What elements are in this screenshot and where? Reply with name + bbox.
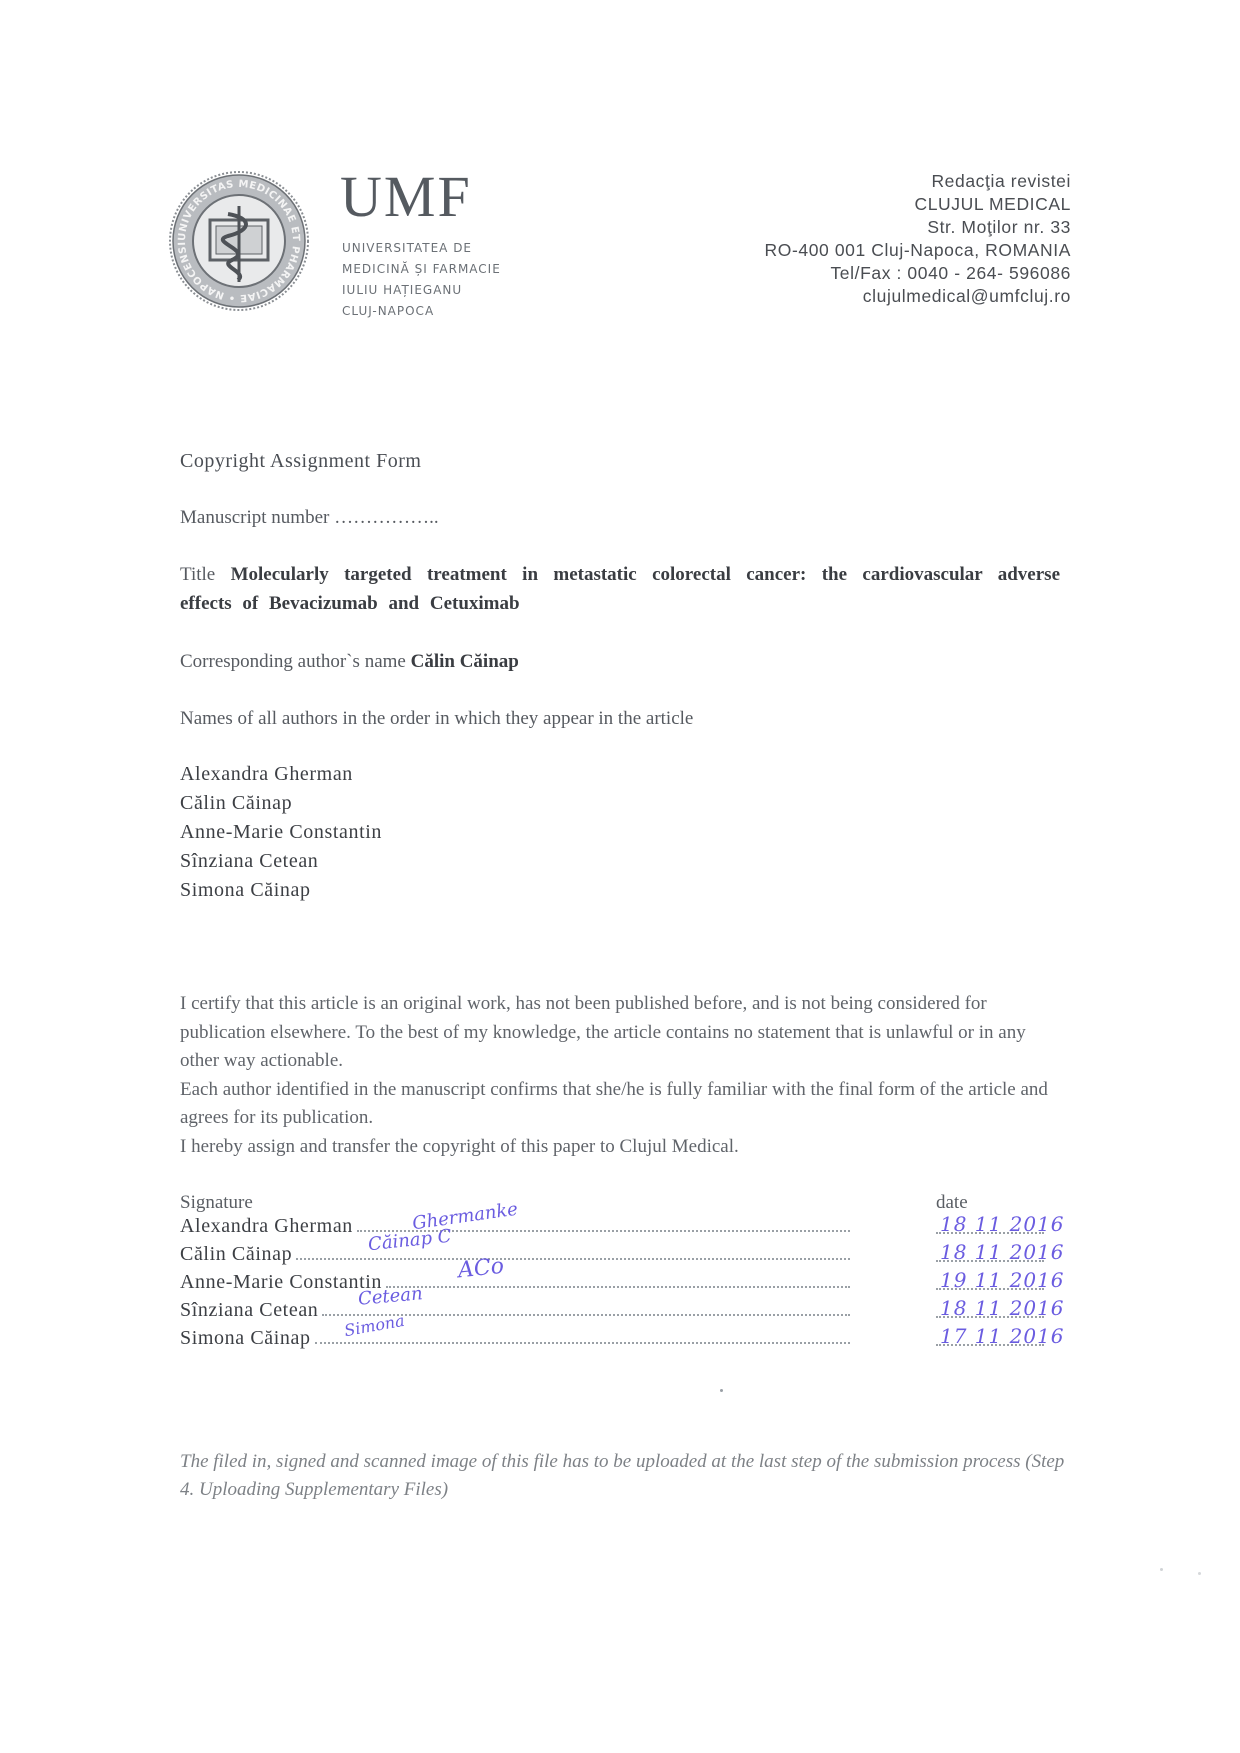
address-journal-name: CLUJUL MEDICAL (765, 193, 1072, 216)
signatory-name: Simona Căinap (180, 1327, 311, 1350)
date-cell[interactable]: 18 11 2016 (930, 1212, 1050, 1238)
author-item: Alexandra Gherman (180, 760, 382, 789)
signature-line[interactable] (296, 1258, 850, 1260)
address-street: Str. Moţilor nr. 33 (765, 216, 1072, 239)
signatory-name: Alexandra Gherman (180, 1215, 353, 1238)
authors-label: Names of all authors in the order in whi… (180, 704, 1060, 733)
manuscript-number-field: Manuscript number …………….. (180, 503, 1060, 532)
university-seal-logo: UNIVERSITAS MEDICINAE ET PHARMACIAE • NA… (168, 170, 310, 312)
author-item: Anne-Marie Constantin (180, 818, 382, 847)
date-cell[interactable]: 18 11 2016 (930, 1296, 1050, 1322)
article-title-field: Title Molecularly targeted treatment in … (180, 560, 1060, 618)
signature-row: Anne-Marie Constantin (180, 1268, 850, 1294)
certification-originality: I certify that this article is an origin… (180, 990, 1060, 1076)
signatory-name: Călin Căinap (180, 1243, 292, 1266)
university-name-line: CLUJ-NAPOCA (342, 301, 501, 322)
certification-authors-agree: Each author identified in the manuscript… (180, 1076, 1060, 1133)
handwritten-date: 18 11 2016 (940, 1240, 1065, 1264)
signature-row: Simona Căinap (180, 1324, 850, 1350)
university-name-line: UNIVERSITATEA DE (342, 238, 501, 259)
article-title-label: Title (180, 564, 215, 585)
upload-instruction-note: The filed in, signed and scanned image o… (180, 1448, 1080, 1504)
signatory-name: Anne-Marie Constantin (180, 1271, 382, 1294)
handwritten-date: 19 11 2016 (940, 1268, 1065, 1292)
form-heading: Copyright Assignment Form (180, 447, 1060, 476)
certification-copyright-transfer: I hereby assign and transfer the copyrig… (180, 1133, 1060, 1162)
address-phone: Tel/Fax : 0040 - 264- 596086 (765, 262, 1072, 285)
signature-line[interactable] (386, 1286, 850, 1288)
signature-column-header: Signature (180, 1192, 253, 1214)
address-email: clujulmedical@umfcluj.ro (765, 285, 1072, 308)
date-cell[interactable]: 18 11 2016 (930, 1240, 1050, 1266)
date-cell[interactable]: 17 11 2016 (930, 1324, 1050, 1350)
scan-speck (720, 1389, 723, 1392)
university-name-line: MEDICINĂ ȘI FARMACIE (342, 259, 501, 280)
scan-speck (1198, 1572, 1201, 1575)
scan-speck (1160, 1568, 1163, 1571)
corresponding-author-value: Călin Căinap (411, 651, 519, 672)
manuscript-number-value: …………….. (334, 507, 439, 528)
corresponding-author-field: Corresponding author`s name Călin Căinap (180, 647, 1060, 676)
umf-wordmark: UMF (340, 168, 472, 226)
handwritten-date: 18 11 2016 (940, 1296, 1065, 1320)
date-column-header: date (936, 1192, 968, 1214)
author-list: Alexandra Gherman Călin Căinap Anne-Mari… (180, 760, 382, 905)
university-name-line: IULIU HAȚIEGANU (342, 280, 501, 301)
address-editorial-office: Redacţia revistei (765, 170, 1072, 193)
article-title-value: Molecularly targeted treatment in metast… (180, 564, 1060, 614)
corresponding-author-label: Corresponding author`s name (180, 651, 406, 672)
author-item: Călin Căinap (180, 789, 382, 818)
handwritten-date: 18 11 2016 (940, 1212, 1065, 1236)
university-name: UNIVERSITATEA DE MEDICINĂ ȘI FARMACIE IU… (342, 238, 501, 322)
university-seal-icon: UNIVERSITAS MEDICINAE ET PHARMACIAE • NA… (168, 170, 310, 312)
address-city: RO-400 001 Cluj-Napoca, ROMANIA (765, 239, 1072, 262)
date-cell[interactable]: 19 11 2016 (930, 1268, 1050, 1294)
journal-address-block: Redacţia revistei CLUJUL MEDICAL Str. Mo… (765, 170, 1072, 308)
signatory-name: Sînziana Cetean (180, 1299, 318, 1322)
signature-row: Sînziana Cetean (180, 1296, 850, 1322)
author-item: Simona Căinap (180, 876, 382, 905)
handwritten-date: 17 11 2016 (940, 1324, 1065, 1348)
certification-text: I certify that this article is an origin… (180, 990, 1060, 1161)
manuscript-number-label: Manuscript number (180, 507, 329, 528)
signature-line[interactable] (315, 1342, 850, 1344)
handwritten-signature: ACo (457, 1254, 505, 1284)
author-item: Sînziana Cetean (180, 847, 382, 876)
signature-row: Călin Căinap (180, 1240, 850, 1266)
